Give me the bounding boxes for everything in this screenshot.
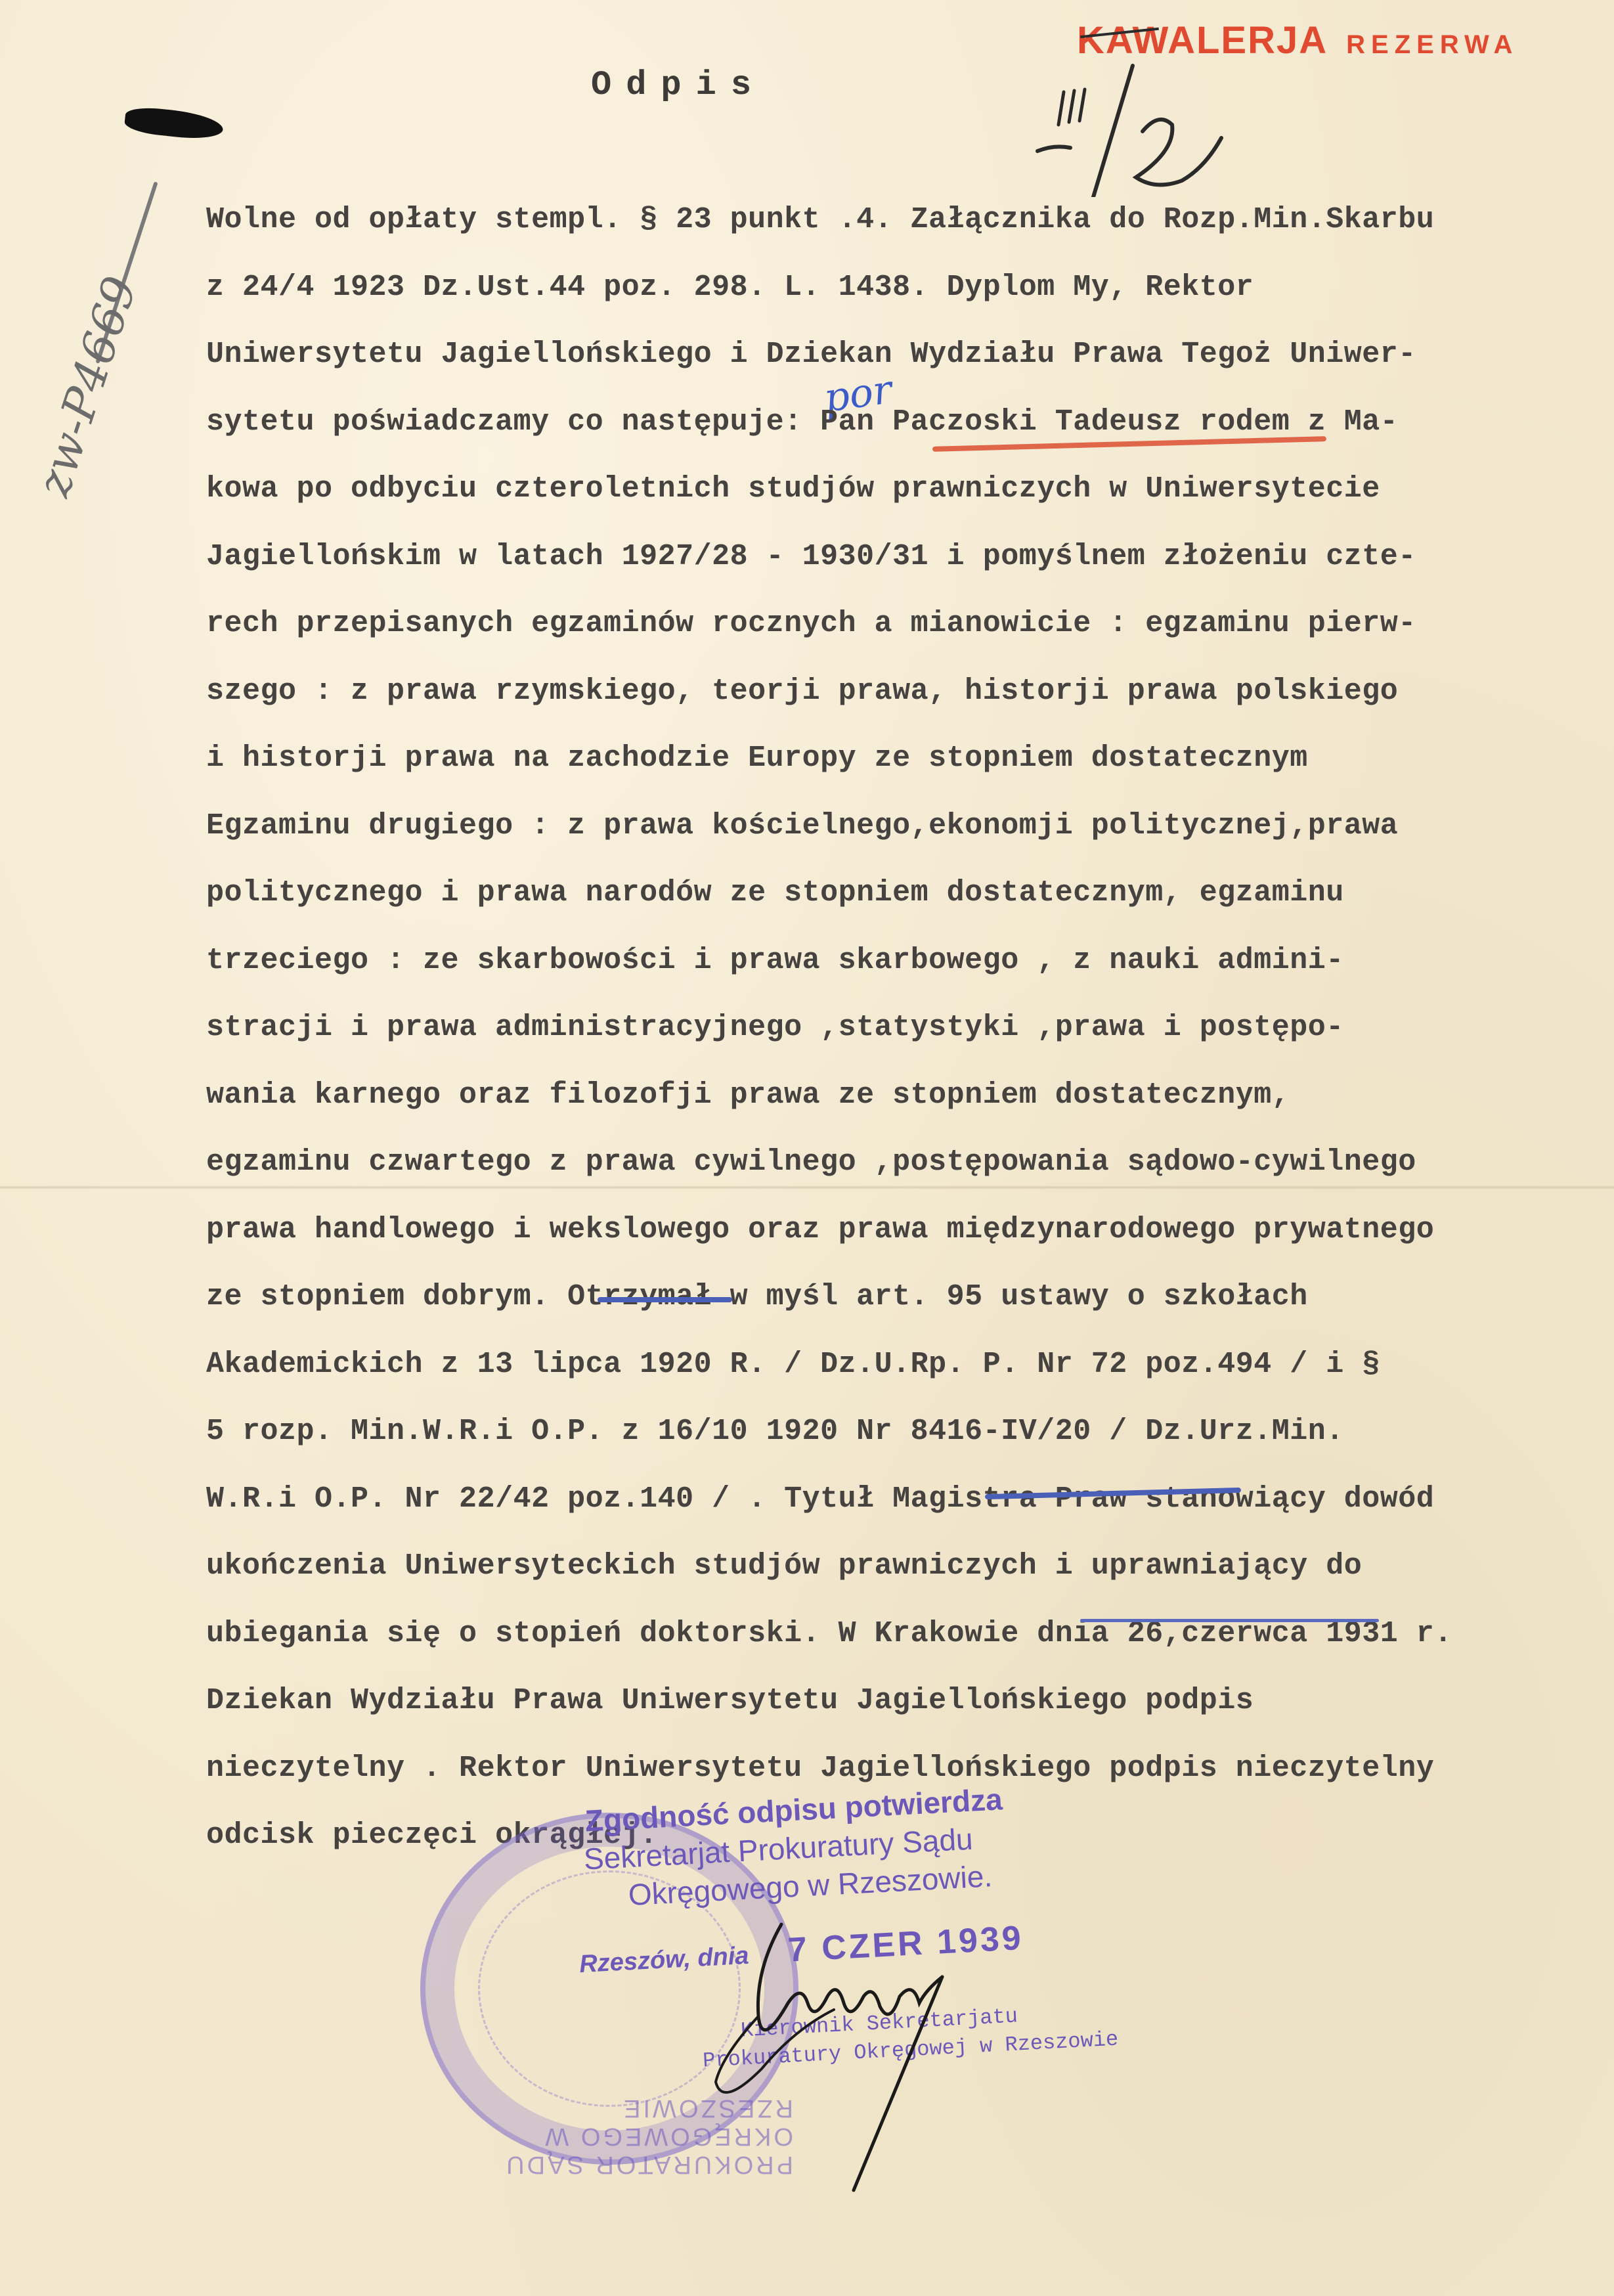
margin-reference-note: zw-P4669 bbox=[26, 236, 159, 503]
text-line: egzaminu czwartego z prawa cywilnego ,po… bbox=[206, 1139, 1614, 1207]
text-line: Akademickich z 13 lipca 1920 R. / Dz.U.R… bbox=[206, 1342, 1614, 1409]
text-line: Dziekan Wydziału Prawa Uniwersytetu Jagi… bbox=[206, 1678, 1614, 1746]
text-line: rech przepisanych egzaminów rocznych a m… bbox=[206, 601, 1614, 669]
document-body: Wolne od opłaty stempl. § 23 punkt .4. Z… bbox=[206, 197, 1614, 1880]
document-page: zw-P4669 Odpis KAWALERJA REZERWA por Wol… bbox=[0, 0, 1614, 2296]
text-line: W.R.i O.P. Nr 22/42 poz.140 / . Tytuł Ma… bbox=[206, 1476, 1614, 1544]
text-line: z 24/4 1923 Dz.Ust.44 poz. 298. L. 1438.… bbox=[206, 265, 1614, 332]
text-line: stracji i prawa administracyjnego ,staty… bbox=[206, 1005, 1614, 1072]
text-line: ubiegania się o stopień doktorski. W Kra… bbox=[206, 1611, 1614, 1679]
text-line: wania karnego oraz filozofji prawa ze st… bbox=[206, 1072, 1614, 1140]
blue-underline-received bbox=[598, 1297, 732, 1302]
text-line: ukończenia Uniwersyteckich studjów prawn… bbox=[206, 1543, 1614, 1611]
text-line: i historji prawa na zachodzie Europy ze … bbox=[206, 736, 1614, 803]
handwritten-reference-number bbox=[1024, 53, 1300, 197]
text-line: kowa po odbyciu czteroletnich studjów pr… bbox=[206, 466, 1614, 534]
text-line: sytetu poświadczamy co następuje: Pan Pa… bbox=[206, 399, 1614, 467]
text-line: Wolne od opłaty stempl. § 23 punkt .4. Z… bbox=[206, 197, 1614, 265]
text-line: Uniwersytetu Jagiellońskiego i Dziekan W… bbox=[206, 332, 1614, 399]
text-line: szego : z prawa rzymskiego, teorji prawa… bbox=[206, 669, 1614, 736]
stamp-secondary-text: REZERWA bbox=[1346, 30, 1518, 60]
text-line: trzeciego : ze skarbowości i prawa skarb… bbox=[206, 938, 1614, 1005]
text-line: prawa handlowego i wekslowego oraz prawa… bbox=[206, 1207, 1614, 1275]
text-line: ze stopniem dobrym. Otrzymał w myśl art.… bbox=[206, 1274, 1614, 1342]
blue-underline-date bbox=[1080, 1619, 1379, 1622]
ink-blot bbox=[123, 105, 224, 141]
handwritten-signature bbox=[703, 1918, 1044, 2194]
text-line: Egzaminu drugiego : z prawa kościelnego,… bbox=[206, 803, 1614, 871]
text-line: Jagiellońskim w latach 1927/28 - 1930/31… bbox=[206, 534, 1614, 602]
text-line: 5 rozp. Min.W.R.i O.P. z 16/10 1920 Nr 8… bbox=[206, 1409, 1614, 1476]
document-heading: Odpis bbox=[591, 66, 766, 104]
text-line: politycznego i prawa narodów ze stopniem… bbox=[206, 870, 1614, 938]
